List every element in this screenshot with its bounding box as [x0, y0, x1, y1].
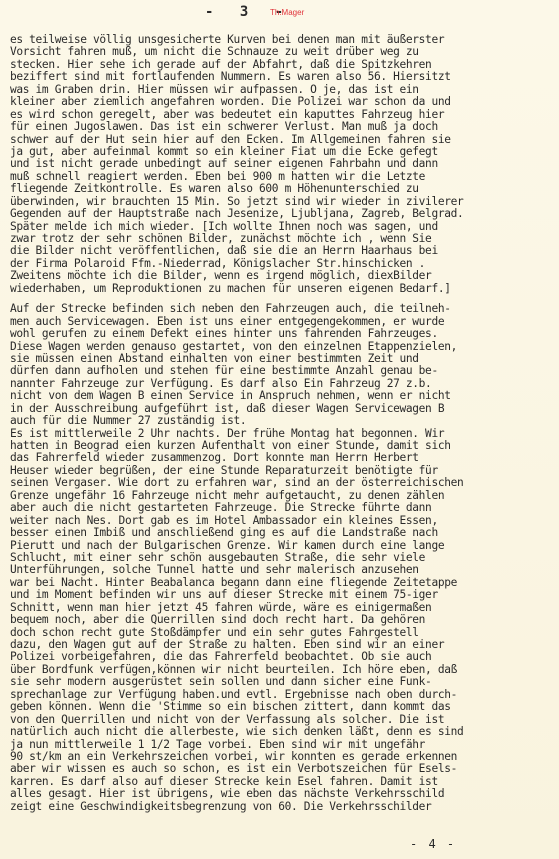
text-line: geben können. Wenn die 'Stimme so ein bi… — [10, 701, 555, 713]
document-body: es teilweise völlig unsgesicherte Kurven… — [10, 34, 555, 813]
page-number-bottom: - 4 - — [410, 837, 456, 851]
text-line: die Bilder nicht veröffentlichen, daß si… — [10, 245, 555, 257]
text-line: dürfen dann aufholen und stehen für eine… — [10, 365, 555, 377]
text-line: aber wir wissen es auch so schon, es ist… — [10, 763, 555, 775]
text-line: sie sehr modern ausgerüstet sein sollen … — [10, 676, 555, 688]
text-line: Zweitens möchte ich die Bilder, wenn es … — [10, 270, 555, 282]
text-line: fliegende Zeitkontrolle. Es waren also 6… — [10, 183, 555, 195]
text-line: aber auch die nicht gestarteten Fahrzeug… — [10, 502, 555, 514]
text-line: auch für die Nummer 27 zuständig ist. — [10, 415, 555, 427]
text-line: bequem noch, aber die Querrillen sind do… — [10, 614, 555, 626]
text-line: wiederhaben, um Reproduktionen zu machen… — [10, 283, 555, 295]
typewritten-page: - 3 - Th.Mager es teilweise völlig unsge… — [0, 0, 559, 859]
paragraph: es teilweise völlig unsgesicherte Kurven… — [10, 34, 555, 295]
text-line: nicht von dem Wagen B einen Service in A… — [10, 390, 555, 402]
text-line: und im Moment befinden wir uns auf diese… — [10, 589, 555, 601]
page-header: - 3 - Th.Mager — [0, 4, 559, 22]
text-line: Vorsicht fahren muß, um nicht die Schnau… — [10, 46, 555, 58]
text-line: beziffert sind mit fortlaufenden Nummern… — [10, 71, 555, 83]
text-line: seinen Vergaser. Wie dort zu erfahren wa… — [10, 477, 555, 489]
text-line: Gegenden auf der Hauptstraße nach Jeseni… — [10, 208, 555, 220]
author-stamp: Th.Mager — [270, 8, 304, 17]
text-line: Auf der Strecke befinden sich neben den … — [10, 303, 555, 315]
text-line: Polizei vorbeigefahren, die das Fahrerfe… — [10, 651, 555, 663]
text-line: zeigt eine Geschwindigkeitsbegrenzung vo… — [10, 801, 555, 813]
text-line: natürlich auch nicht die allerbeste, wie… — [10, 726, 555, 738]
text-line: alles gesagt. Hier ist übrigens, wie ebe… — [10, 788, 555, 800]
text-line: besser einen Imbiß und anschließend ging… — [10, 527, 555, 539]
text-line: das Fahrerfeld wieder zusammenzog. Dort … — [10, 452, 555, 464]
text-line: wohl gerufen zu einem Defekt eines hinte… — [10, 328, 555, 340]
text-line: Unterführungen, solche Tunnel hatte und … — [10, 564, 555, 576]
text-line: für einen Jugoslawen. Das ist ein schwer… — [10, 121, 555, 133]
text-line: und ist nicht gerade unbedingt auf seine… — [10, 158, 555, 170]
paragraph: Auf der Strecke befinden sich neben den … — [10, 303, 555, 813]
text-line: kleiner aber ziemlich angefahren worden.… — [10, 96, 555, 108]
